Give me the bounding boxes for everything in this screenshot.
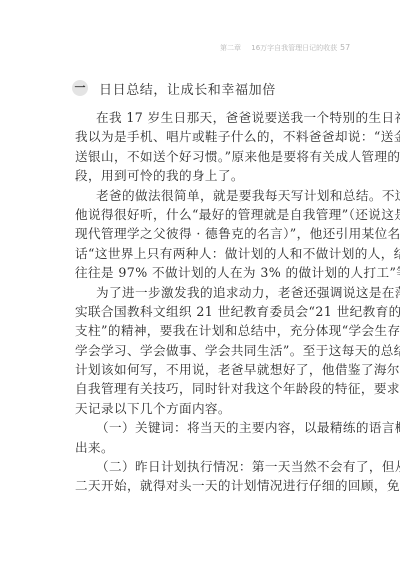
body-text: 在我 17 岁生日那天，爸爸说要送我一个特别的生日礼物。我以为是手机、唱片或鞋子… <box>75 108 345 496</box>
section-heading: 一 日日总结，让成长和幸福加倍 <box>72 78 276 98</box>
running-header: 第二章 16万字自我管理日记的收获 57 <box>220 42 350 54</box>
text-line: 在我 17 岁生日那天，爸爸说要送我一个特别的生日礼物。 <box>75 108 345 127</box>
text-line: 我以为是手机、唱片或鞋子什么的，不料爸爸却说：“送金山 <box>75 127 345 146</box>
text-line: （二）昨日计划执行情况：第一天当然不会有了，但从第 <box>75 457 345 476</box>
section-number-badge: 一 <box>72 80 88 96</box>
text-line: 出来。 <box>75 438 345 457</box>
text-line: 计划该如何写，不用说，老爸早就想好了，他借鉴了海尔员工 <box>75 360 345 379</box>
text-line: 实联合国教科文组织 21 世纪教育委员会“21 世纪教育的四大 <box>75 302 345 321</box>
text-line: 送银山，不如送个好习惯。”原来他是要将有关成人管理的手 <box>75 147 345 166</box>
text-line: 段，用到可怜的我的身上了。 <box>75 166 345 185</box>
chapter-label: 第二章 <box>220 42 241 54</box>
text-line: 老爸的做法很简单，就是要我每天写计划和总结。不过 <box>75 186 345 205</box>
text-line: 他说得很好听，什么“最好的管理就是自我管理”（还说这是 <box>75 205 345 224</box>
text-line: 二天开始，就得对头一天的计划情况进行仔细的回顾，免得计 <box>75 476 345 495</box>
text-line: 自我管理有关技巧，同时针对我这个年龄段的特征，要求我每 <box>75 379 345 398</box>
chapter-title: 16万字自我管理日记的收获 <box>251 42 337 54</box>
section-title: 日日总结，让成长和幸福加倍 <box>99 79 276 98</box>
text-line: 为了进一步激发我的追求动力，老爸还强调说这是在落 <box>75 283 345 302</box>
text-line: 学会学习、学会做事、学会共同生活”。至于这每天的总结和 <box>75 341 345 360</box>
text-line: 支柱”的精神，要我在计划和总结中，充分体现“学会生存、 <box>75 321 345 340</box>
page-number: 57 <box>340 42 350 54</box>
text-line: 往往是 97% 不做计划的人在为 3% 的做计划的人打工”等等。 <box>75 263 345 282</box>
text-line: 天记录以下几个方面内容。 <box>75 399 345 418</box>
text-line: 话“这世界上只有两种人：做计划的人和不做计划的人，结果 <box>75 244 345 263</box>
text-line: 现代管理学之父彼得 · 德鲁克的名言）”，他还引用某位名人的 <box>75 224 345 243</box>
text-line: （一）关键词：将当天的主要内容，以最精练的语言概括 <box>75 418 345 437</box>
